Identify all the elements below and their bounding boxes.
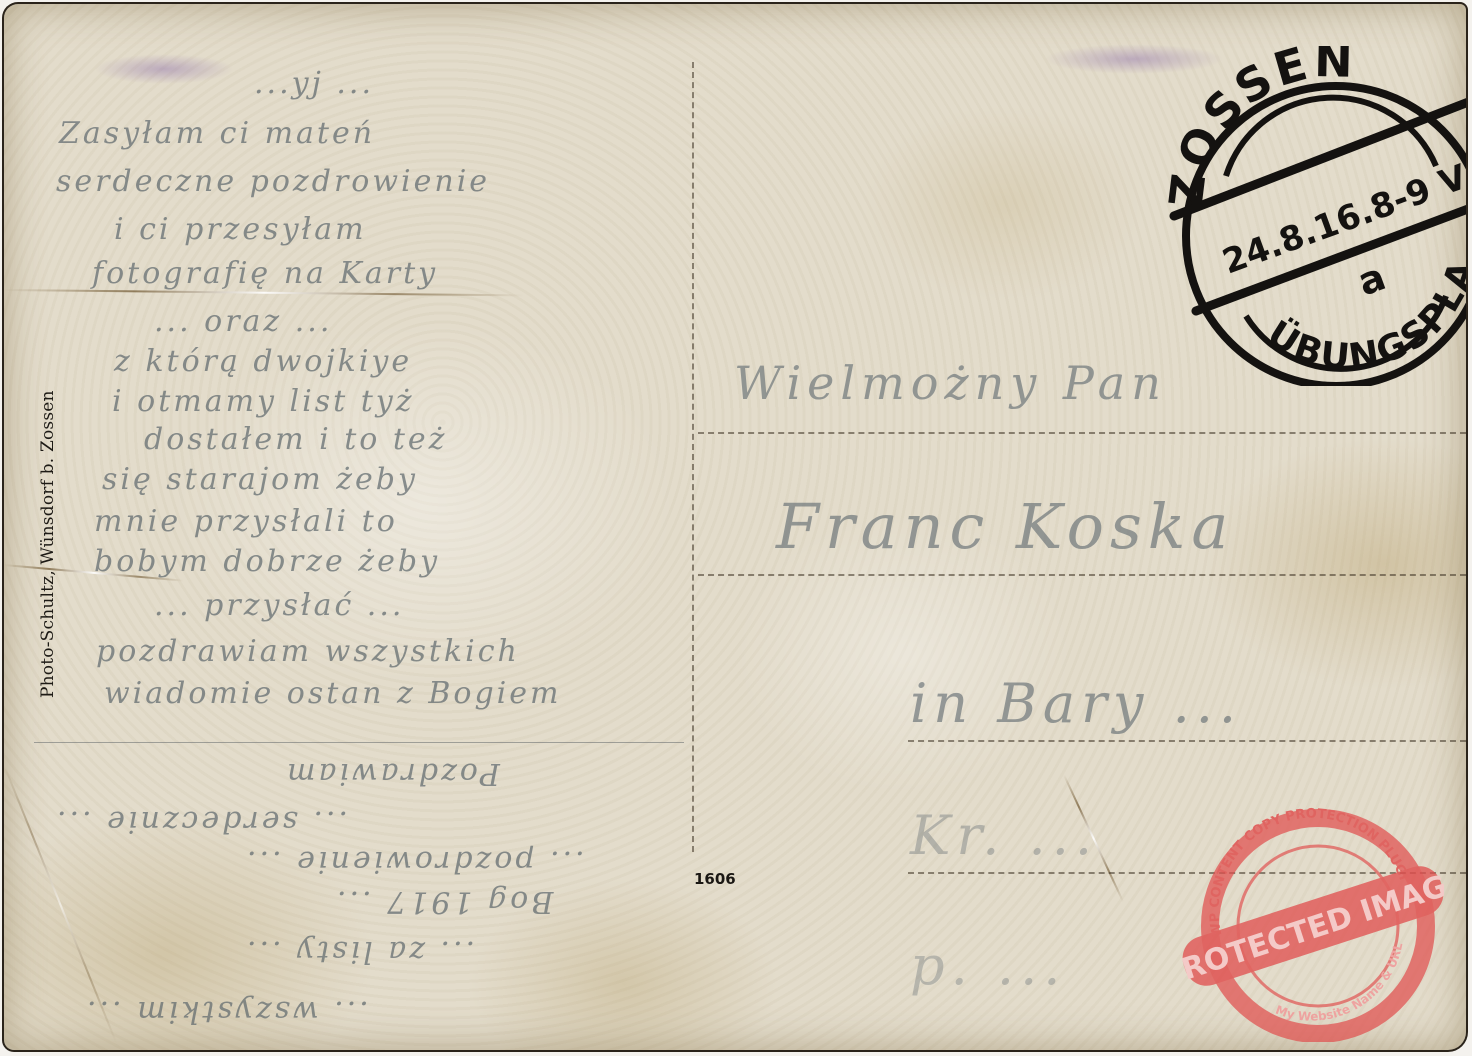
message-line: fotografię na Karty [92, 256, 438, 291]
publisher-imprint: Photo-Schultz, Wünsdorf b. Zossen [38, 390, 58, 698]
message-line: wiadomie ostan z Bogiem [104, 676, 561, 711]
message-line: mnie przysłali to [94, 504, 398, 539]
inverted-message-line: Bog 1917 ... [334, 884, 553, 919]
message-line: i otmamy list tyż [112, 384, 415, 419]
svg-text:a: a [1352, 254, 1391, 304]
center-divider [692, 62, 694, 852]
ink-stain [94, 54, 234, 84]
message-line: dostałem i to też [144, 422, 447, 457]
address-salutation: Wielmożny Pan [734, 356, 1167, 410]
protected-image-watermark: WP CONTENT COPY PROTECTION PLUGIN My Web… [1182, 796, 1444, 1042]
message-line: ...yj ... [254, 66, 374, 101]
address-line [698, 432, 1466, 434]
message-line: się starajom żeby [102, 462, 418, 497]
message-line: ... przysłać ... [154, 588, 404, 623]
address-town: in Bary ... [910, 672, 1242, 735]
inverted-message-line: Pozdrawiam [284, 756, 500, 791]
message-line: i ci przesyłam [114, 212, 367, 247]
address-post: p. ... [910, 934, 1066, 997]
message-line: Zasyłam ci mateń [59, 116, 375, 151]
inverted-message-line: ... wszystkim ... [84, 994, 369, 1029]
card-number: 1606 [694, 870, 736, 888]
postcard: Photo-Schultz, Wünsdorf b. Zossen ...yj … [4, 4, 1466, 1050]
message-line: serdeczne pozdrowienie [56, 164, 490, 199]
address-line [698, 574, 1466, 576]
message-line: z którą dwojkiye [114, 344, 412, 379]
message-line: bobym dobrze żeby [94, 544, 440, 579]
signature-underline [34, 742, 684, 743]
postmark-stamp: ZOSSEN 24.8.16.8-9 V a ÜBUNGSPLATZ [1166, 46, 1466, 386]
message-line: ... oraz ... [154, 304, 332, 339]
message-line: pozdrawiam wszystkich [96, 634, 520, 669]
address-district: Kr. ... [910, 804, 1098, 867]
inverted-message-line: ... serdecznie ... [54, 804, 348, 839]
inverted-message-line: ... pozdrowienie ... [244, 844, 585, 879]
address-line [908, 740, 1466, 742]
address-name: Franc Koska [776, 490, 1234, 563]
inverted-message-line: ... za listy ... [244, 934, 475, 969]
